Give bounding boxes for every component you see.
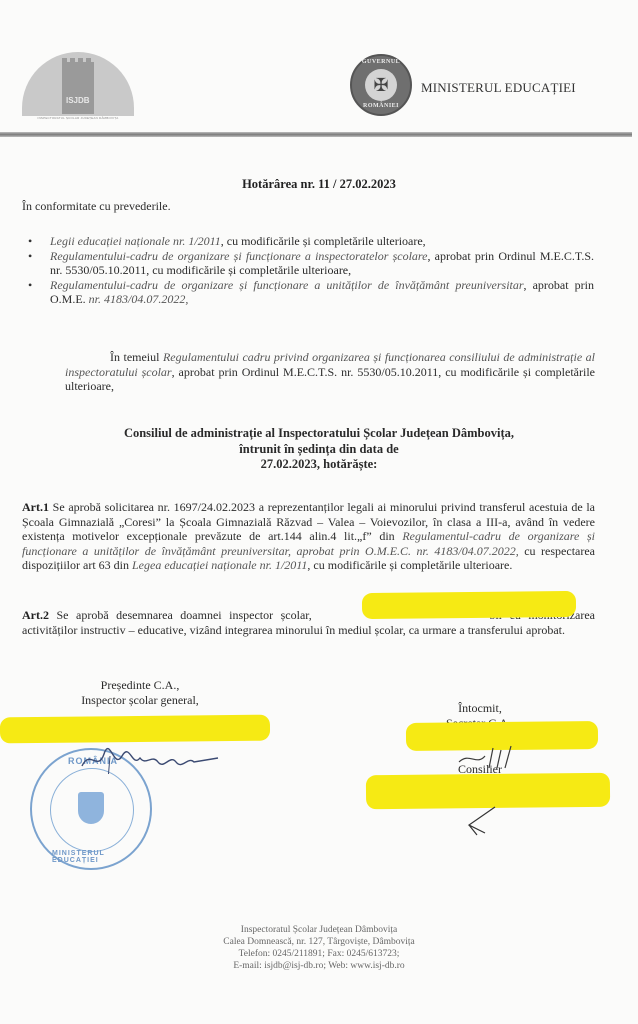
provisions-list: Legii educației naționale nr. 1/2011, cu… [50,234,594,307]
header-divider [0,132,632,137]
coat-of-arms-icon [78,792,104,824]
seal-text-bottom: ROMÂNIEI [352,103,410,109]
footer-email-web: E-mail: isjdb@isj-db.ro; Web: www.isj-db… [0,960,638,972]
legal-basis-paragraph: În temeiul Regulamentului cadru privind … [20,350,595,394]
provision-item: Legii educației naționale nr. 1/2011, cu… [50,234,594,249]
isj-logo-caption: INSPECTORATUL ȘCOLAR JUDEȚEAN DÂMBOVIȚA [22,116,134,120]
article-label: Art.1 [22,500,49,514]
decision-title: Hotărârea nr. 11 / 27.02.2023 [0,177,638,192]
handwritten-signature-icon [80,744,220,774]
footer-contact: Inspectoratul Școlar Județean Dâmbovița … [0,924,638,972]
intro-text: În conformitate cu prevederile. [22,199,171,214]
article-label: Art.2 [22,608,49,622]
isj-logo: ISJDB INSPECTORATUL ȘCOLAR JUDEȚEAN DÂMB… [22,52,134,122]
footer-address: Calea Domnească, nr. 127, Târgoviște, Dâ… [0,936,638,948]
government-seal-icon: GUVERNUL ✠ ROMÂNIEI [350,54,412,116]
article-1: Art.1 Se aprobă solicitarea nr. 1697/24.… [22,500,595,573]
ministry-name: MINISTERUL EDUCAȚIEI [421,80,576,96]
provision-item: Regulamentului-cadru de organizare și fu… [50,278,594,307]
eagle-icon: ✠ [371,73,391,97]
handwritten-signature-icon [455,740,525,770]
redaction-mark [0,715,270,744]
provision-item: Regulamentului-cadru de organizare și fu… [50,249,594,278]
footer-phone-fax: Telefon: 0245/211891; Fax: 0245/613723; [0,948,638,960]
council-heading: Consiliul de administrație al Inspectora… [0,426,638,473]
stamp-text-bottom: MINISTERUL EDUCAȚIEI [52,850,150,864]
footer-institution: Inspectoratul Școlar Județean Dâmbovița [0,924,638,936]
redaction-mark [366,773,610,810]
seal-text-top: GUVERNUL [352,59,410,65]
president-signature-block: Președinte C.A., Inspector școlar genera… [0,678,280,707]
handwritten-initials-icon [455,805,505,837]
isj-logo-text: ISJDB [66,96,90,105]
isj-logo-tower-icon [62,62,94,114]
redaction-mark [362,591,576,619]
document-page: ISJDB INSPECTORATUL ȘCOLAR JUDEȚEAN DÂMB… [0,0,638,1024]
